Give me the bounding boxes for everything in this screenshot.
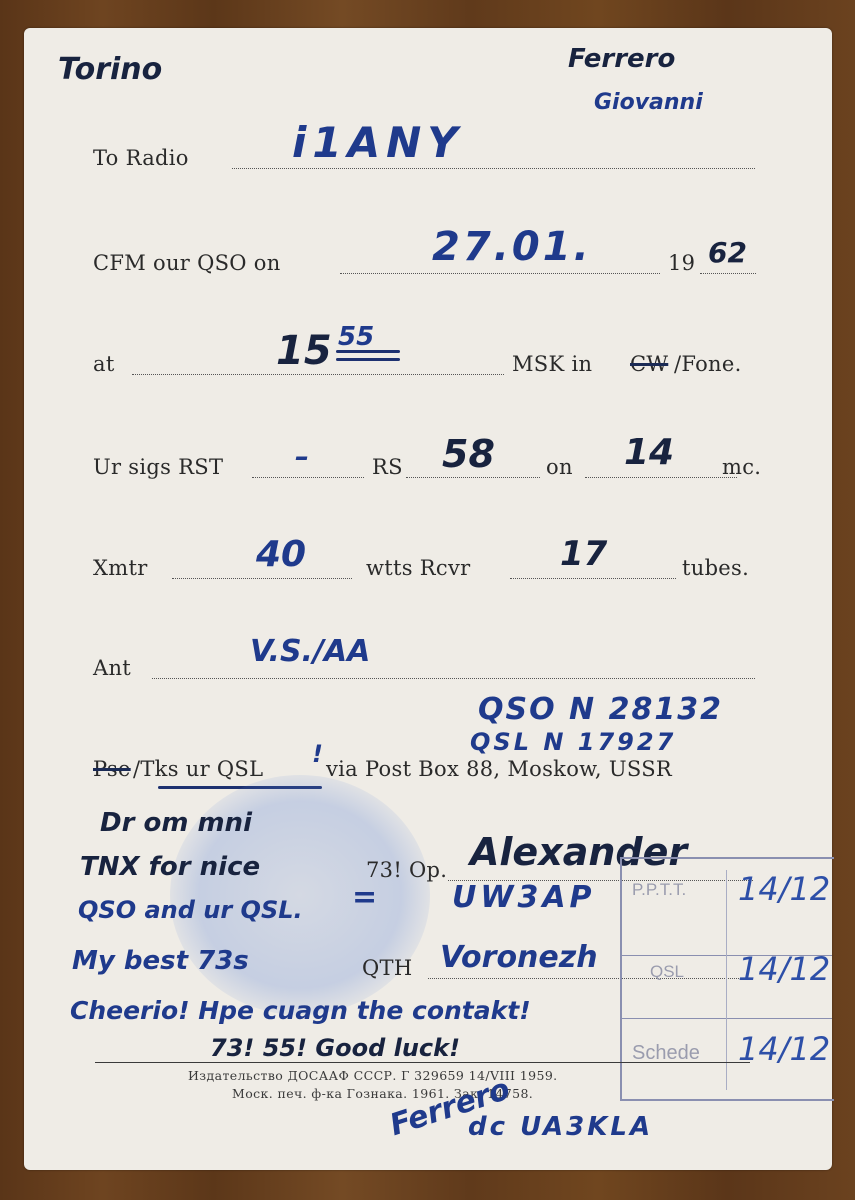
stamp-value-schede: 14/12 bbox=[738, 1030, 830, 1068]
xmtr-line bbox=[172, 578, 352, 579]
qso-number: QSO N 28132 bbox=[478, 692, 723, 727]
qso-date: 27.01. bbox=[432, 224, 592, 270]
to-radio-label: To Radio bbox=[93, 146, 189, 170]
message-line-1: Dr om mni bbox=[100, 808, 252, 838]
stamp-col-divider bbox=[726, 870, 727, 1090]
qso-year: 62 bbox=[708, 236, 747, 269]
xmtr-label: Xmtr bbox=[93, 556, 148, 580]
tks-qsl-text: /Tks ur QSL bbox=[133, 757, 263, 781]
rst-line bbox=[252, 477, 364, 478]
qso-time-minutes: 55 bbox=[338, 322, 374, 352]
rs-label: RS bbox=[372, 455, 403, 479]
cfm-date-line bbox=[340, 273, 660, 274]
rst-value: – bbox=[295, 440, 309, 473]
op-label: 73! Op. bbox=[366, 858, 447, 882]
on-label: on bbox=[546, 455, 573, 479]
ant-label: Ant bbox=[93, 656, 131, 680]
band-line bbox=[585, 477, 737, 478]
city-handwritten: Torino bbox=[58, 52, 162, 87]
qsl-number: QSL N 17927 bbox=[470, 728, 676, 756]
xmtr-watts-value: 40 bbox=[256, 534, 306, 575]
to-radio-callsign: i1ANY bbox=[292, 118, 464, 167]
message-line-3: QSO and ur QSL. bbox=[78, 896, 303, 924]
tks-mark: ! bbox=[312, 740, 323, 768]
year-prefix: 19 bbox=[668, 251, 695, 275]
time-underline-2 bbox=[336, 358, 400, 361]
signature-callsign-note: dc UA3KLA bbox=[468, 1112, 653, 1142]
at-line bbox=[132, 374, 504, 375]
stamp-label-pptt: P.P.T.T. bbox=[632, 880, 686, 900]
year-line bbox=[700, 273, 756, 274]
operator-callsign: UW3AP bbox=[452, 880, 596, 915]
tubes-label: tubes. bbox=[682, 556, 749, 580]
message-line-6: 73! 55! Good luck! bbox=[210, 1034, 460, 1062]
qth-value: Voronezh bbox=[440, 940, 598, 975]
msk-label: MSK in bbox=[512, 352, 592, 376]
stamp-value-qsl: 14/12 bbox=[738, 950, 830, 988]
stamp-value-pptt: 14/12 bbox=[738, 870, 830, 908]
given-name-handwritten: Giovanni bbox=[594, 90, 703, 115]
surname-handwritten: Ferrero bbox=[568, 44, 675, 74]
wtts-rcvr-label: wtts Rcvr bbox=[366, 556, 470, 580]
mc-label: mc. bbox=[722, 455, 761, 479]
rcvr-line bbox=[510, 578, 676, 579]
rst-label: Ur sigs RST bbox=[93, 455, 223, 479]
message-line-2: TNX for nice bbox=[80, 852, 260, 882]
message-line-5: Cheerio! Hpe cuagn the contakt! bbox=[70, 996, 531, 1025]
stamp-label-qsl: QSL bbox=[650, 962, 684, 982]
mode-fone: /Fone. bbox=[674, 352, 742, 376]
band-value: 14 bbox=[624, 432, 674, 473]
footer-rule bbox=[95, 1062, 750, 1063]
time-underline-1 bbox=[336, 350, 400, 353]
ant-line bbox=[152, 678, 755, 679]
mode-cw-struck: CW bbox=[630, 352, 668, 376]
ant-value: V.S./AA bbox=[250, 634, 370, 669]
rs-value: 58 bbox=[442, 432, 495, 476]
message-line-4: My best 73s bbox=[72, 946, 249, 976]
to-radio-line bbox=[232, 168, 755, 169]
rs-line bbox=[406, 477, 540, 478]
post-box-text: via Post Box 88, Moskow, USSR bbox=[326, 757, 672, 781]
cfm-qso-label: CFM our QSO on bbox=[93, 251, 281, 275]
qth-label: QTH bbox=[362, 956, 412, 980]
equals-mark: = bbox=[352, 880, 377, 915]
pse-struck: Pse bbox=[93, 757, 131, 781]
rcvr-tubes-value: 17 bbox=[560, 534, 607, 574]
qso-time-hours: 15 bbox=[276, 328, 332, 374]
at-label: at bbox=[93, 352, 115, 376]
